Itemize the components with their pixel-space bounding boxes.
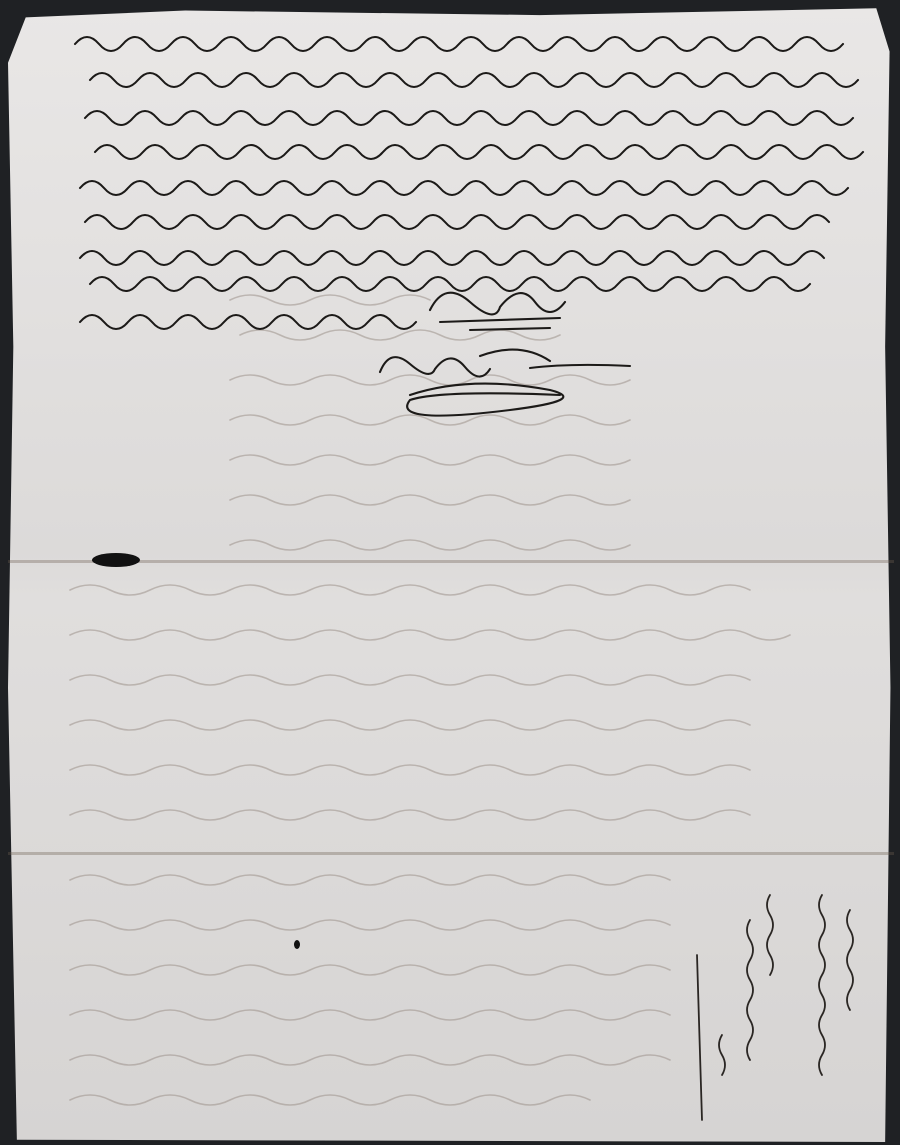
ink-blot <box>92 553 140 567</box>
margin-note <box>0 0 900 1145</box>
ink-spot <box>294 940 300 949</box>
